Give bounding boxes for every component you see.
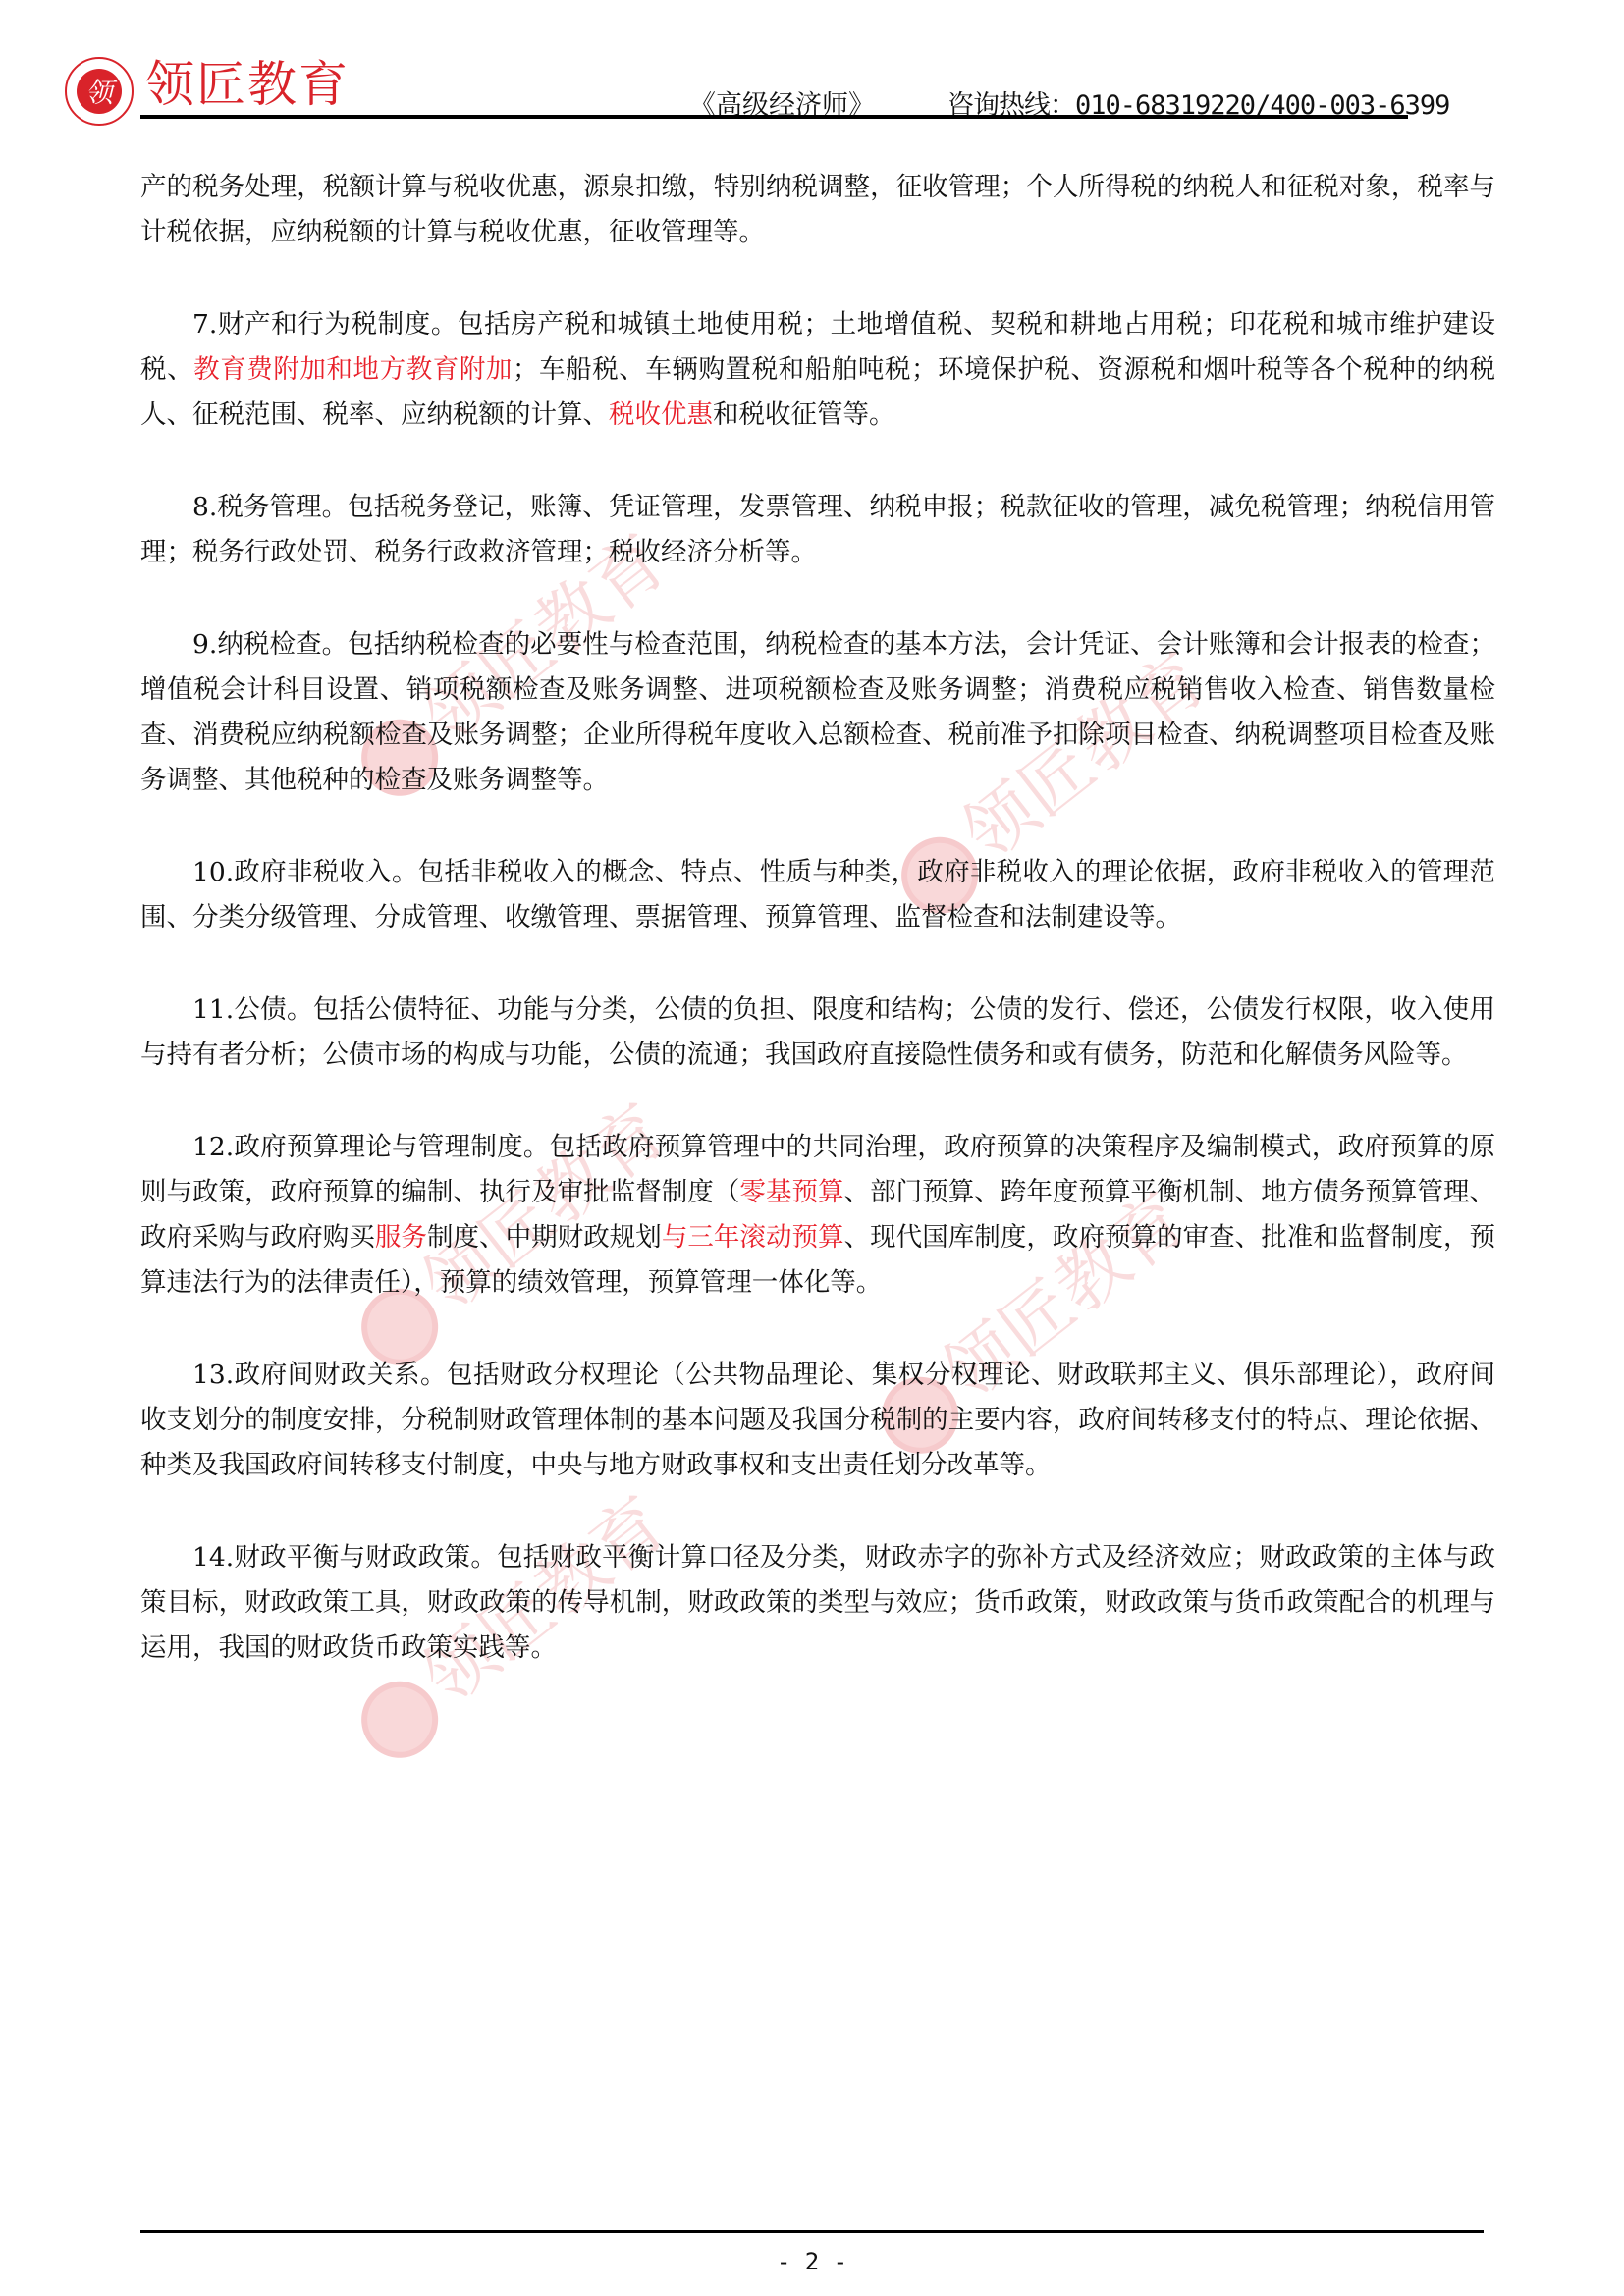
paragraph-text: 11.公债。包括公债特征、功能与分类，公债的负担、限度和结构；公债的发行、偿还，… <box>140 994 1495 1070</box>
paragraph: 产的税务处理，税额计算与税收优惠，源泉扣缴，特别纳税调整，征收管理；个人所得税的… <box>140 165 1495 255</box>
paragraph: 10.政府非税收入。包括非税收入的概念、特点、性质与种类，政府非税收入的理论依据… <box>140 850 1495 940</box>
paragraph-text: 10.政府非税收入。包括非税收入的概念、特点、性质与种类，政府非税收入的理论依据… <box>140 857 1495 933</box>
footer-divider <box>140 2230 1484 2233</box>
paragraph-text: 8.税务管理。包括税务登记，账簿、凭证管理，发票管理、纳税申报；税款征收的管理，… <box>140 492 1495 567</box>
paragraph-text: 制度、中期财政规划 <box>427 1222 662 1253</box>
paragraph: 14.财政平衡与财政政策。包括财政平衡计算口径及分类，财政赤字的弥补方式及经济效… <box>140 1535 1495 1671</box>
paragraph: 11.公债。包括公债特征、功能与分类，公债的负担、限度和结构；公债的发行、偿还，… <box>140 988 1495 1078</box>
highlighted-text: 教育费附加和地方教育附加 <box>193 354 513 385</box>
paragraph-text: 9.纳税检查。包括纳税检查的必要性与检查范围，纳税检查的基本方法，会计凭证、会计… <box>140 629 1495 795</box>
brand-logo-icon: 领 <box>65 57 134 126</box>
brand-name: 领匠教育 <box>145 55 350 114</box>
highlighted-text: 与三年滚动预算 <box>662 1222 844 1253</box>
page-number: - 2 - <box>0 2248 1624 2275</box>
paragraph: 7.财产和行为税制度。包括房产税和城镇土地使用税；土地增值税、契税和耕地占用税；… <box>140 302 1495 438</box>
paragraph-text: 和税收征管等。 <box>713 400 895 430</box>
paragraph-text: 13.政府间财政关系。包括财政分权理论（公共物品理论、集权分权理论、财政联邦主义… <box>140 1360 1495 1480</box>
paragraph: 9.纳税检查。包括纳税检查的必要性与检查范围，纳税检查的基本方法，会计凭证、会计… <box>140 622 1495 803</box>
paragraph: 12.政府预算理论与管理制度。包括政府预算管理中的共同治理，政府预算的决策程序及… <box>140 1125 1495 1306</box>
highlighted-text: 服务 <box>375 1222 427 1253</box>
document-body: 产的税务处理，税额计算与税收优惠，源泉扣缴，特别纳税调整，征收管理；个人所得税的… <box>140 165 1495 1718</box>
header-divider <box>140 115 1408 119</box>
paragraph: 13.政府间财政关系。包括财政分权理论（公共物品理论、集权分权理论、财政联邦主义… <box>140 1353 1495 1488</box>
logo-glyph: 领 <box>77 69 122 114</box>
highlighted-text: 零基预算 <box>739 1177 843 1207</box>
highlighted-text: 税收优惠 <box>609 400 713 430</box>
paragraph-text: 产的税务处理，税额计算与税收优惠，源泉扣缴，特别纳税调整，征收管理；个人所得税的… <box>140 172 1495 247</box>
paragraph-text: 14.财政平衡与财政政策。包括财政平衡计算口径及分类，财政赤字的弥补方式及经济效… <box>140 1542 1495 1663</box>
page-header: 领 领匠教育 《高级经济师》 咨询热线：010-68319220/400-003… <box>0 0 1624 128</box>
paragraph: 8.税务管理。包括税务登记，账簿、凭证管理，发票管理、纳税申报；税款征收的管理，… <box>140 485 1495 575</box>
